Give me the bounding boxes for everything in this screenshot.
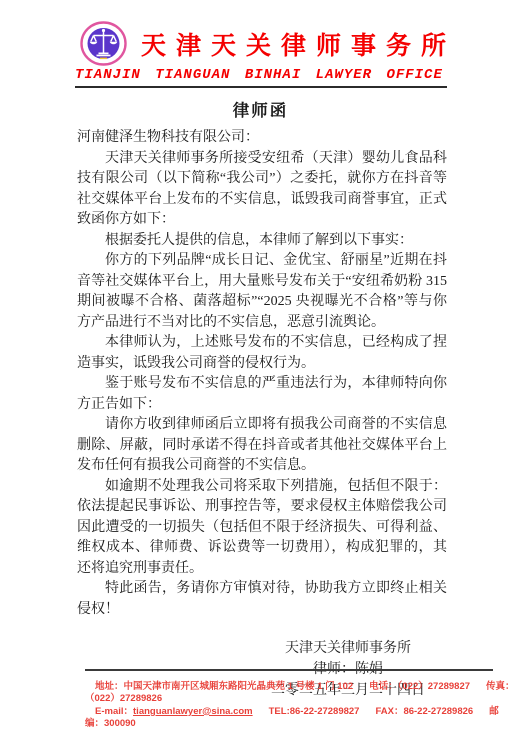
email-label: E-mail： — [95, 706, 133, 717]
letter-paragraph: 天津天关律师事务所接受安纽希（天津）婴幼儿食品科技有限公司（以下简称“我公司”）… — [77, 149, 447, 231]
firm-name-cn: 天津天关律师事务所 — [141, 26, 461, 62]
scales-of-justice-icon — [80, 21, 127, 66]
letter-title: 律师函 — [0, 97, 521, 121]
tel-label: TEL: — [269, 706, 290, 717]
postcode-value: 300090 — [104, 718, 136, 729]
letter-paragraph: 根据委托人提供的信息，本律师了解到以下事实： — [77, 231, 447, 252]
phone-value: （022）27289827 — [398, 681, 470, 692]
letter-paragraph: 请你方收到律师函后立即将有损我公司商誉的不实信息删除、屏蔽，同时承诺不得在抖音或… — [77, 415, 447, 477]
fax-value: （022）27289826 — [85, 693, 162, 704]
footer-contact-line-2: E-mail：tianguanlawyer@sina.comTEL:86-22-… — [85, 706, 515, 731]
letter-paragraph: 如逾期不处理我公司将采取下列措施，包括但不限于：依法提起民事诉讼、刑事控告等，要… — [77, 477, 447, 580]
address-value: 中国天津市南开区城厢东路阳光晶典苑 1 号楼 1 门 102 — [124, 681, 354, 692]
fax-label: 传真： — [486, 681, 515, 692]
signature-firm: 天津天关律师事务所 — [271, 638, 425, 659]
address-label: 地址： — [95, 681, 124, 692]
letter-paragraph: 你方的下列品牌“成长日记、金优宝、舒丽星”近期在抖音等社交媒体平台上，用大量账号… — [77, 251, 447, 333]
page-footer: 地址：中国天津市南开区城厢东路阳光晶典苑 1 号楼 1 门 102电话：（022… — [85, 669, 515, 731]
recipient-line: 河南健泽生物科技有限公司： — [77, 128, 447, 149]
email-link[interactable]: tianguanlawyer@sina.com — [133, 706, 253, 717]
tel-value: 86-22-27289827 — [290, 706, 360, 717]
letter-paragraph: 本律师认为，上述账号发布的不实信息，已经构成了捏造事实，诋毁我公司商誉的侵权行为… — [77, 333, 447, 374]
letterhead-rule — [75, 86, 447, 88]
letter-body: 河南健泽生物科技有限公司： 天津天关律师事务所接受安纽希（天津）婴幼儿食品科技有… — [77, 128, 447, 620]
fax2-label: FAX： — [375, 706, 403, 717]
phone-label: 电话： — [369, 681, 398, 692]
footer-contact-line-1: 地址：中国天津市南开区城厢东路阳光晶典苑 1 号楼 1 门 102电话：（022… — [85, 681, 515, 706]
footer-rule — [85, 669, 493, 671]
fax2-value: 86-22-27289826 — [403, 706, 473, 717]
letter-paragraph: 鉴于账号发布不实信息的严重违法行为，本律师特向你方正告如下： — [77, 374, 447, 415]
letterhead: 天津天关律师事务所 TIANJIN TIANGUAN BINHAI LAWYER… — [0, 0, 521, 88]
letter-paragraph: 特此函告，务请你方审慎对待，协助我方立即终止相关侵权！ — [77, 579, 447, 620]
firm-name-en: TIANJIN TIANGUAN BINHAI LAWYER OFFICE — [75, 67, 447, 83]
lawyer-letter-page: 天津天关律师事务所 TIANJIN TIANGUAN BINHAI LAWYER… — [0, 0, 521, 738]
